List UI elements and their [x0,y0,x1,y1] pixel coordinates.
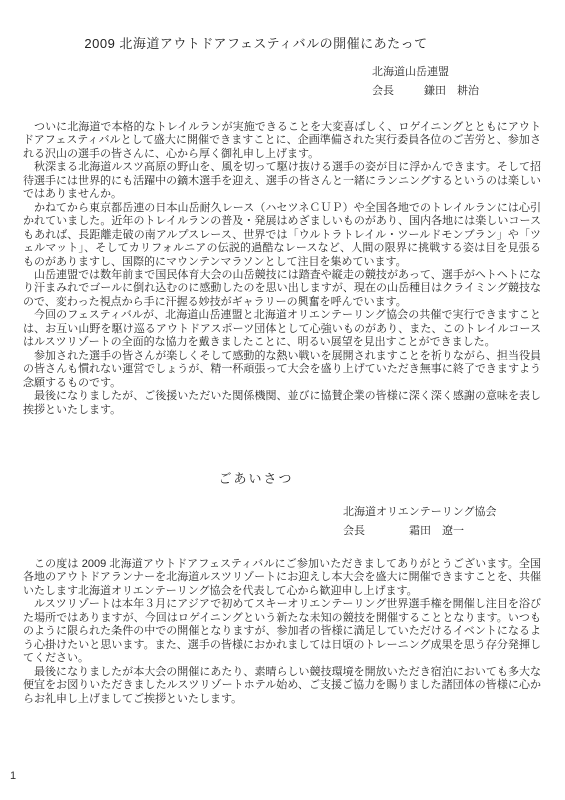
letter1-signature: 北海道山岳連盟 会長鎌田 耕治 [372,63,565,101]
letter1-paragraph-3: かねてから東京都岳連の日本山岳耐久レース（ハセツネＣＵＰ）や全国各地でのトレイル… [23,202,541,269]
letter2-signature-line: 会長霜田 遼一 [343,522,565,541]
letter1-signature-line: 会長鎌田 耕治 [372,82,565,101]
letter1-signature-org: 北海道山岳連盟 [372,63,565,82]
page-number: 1 [10,770,16,782]
letter2-paragraph-3: 最後になりましたが本大会の開催にあたり、素晴らしい競技環境を開放いただき宿泊にお… [23,666,541,706]
letter2-paragraph-1: この度は 2009 北海道アウトドアフェスティバルにご参加いただきましてありがと… [23,558,541,598]
letter2-signature-role: 会長 [343,525,365,537]
letter1-signature-name: 鎌田 耕治 [424,85,479,97]
letter2-signature: 北海道オリエンテーリング協会 会長霜田 遼一 [343,503,565,541]
letter1-paragraph-5: 今回のフェスティバルが、北海道山岳連盟と北海道オリエンテーリング協会の共催で実行… [23,309,541,349]
letter1-paragraph-4: 山岳連盟では数年前まで国民体育大会の山岳競技には踏査や縦走の競技があって、選手が… [23,269,541,309]
letter1-title: 2009 北海道アウトドアフェスティバルの開催にあたって [0,0,512,52]
letter2-body: この度は 2009 北海道アウトドアフェスティバルにご参加いただきましてありがと… [23,558,541,706]
letter1-signature-role: 会長 [372,85,394,97]
letter1-title-row: 2009 北海道アウトドアフェスティバルの開催にあたって [0,0,512,52]
letter1-paragraph-7: 最後になりましたが、ご後援いただいた関係機関、並びに協賛企業の皆様に深く深く感謝… [23,390,541,417]
letter2-signature-name: 霜田 遼一 [409,525,464,537]
letter1-paragraph-2: 秋深まる北海道ルスツ高原の野山を、風を切って駆け抜ける選手の姿が目に浮かんできま… [23,161,541,201]
letter2-signature-org: 北海道オリエンテーリング協会 [343,503,565,522]
letter2-paragraph-2: ルスツリゾートは本年３月にアジアで初めてスキーオリエンテーリング世界選手権を開催… [23,598,541,665]
letter2-title-row: ごあいさつ [0,417,512,487]
letter1-paragraph-1: ついに北海道で本格的なトレイルランが実施できることを大変喜ばしく、ロゲイニングと… [23,121,541,161]
letter2-title: ごあいさつ [0,417,512,487]
letter1-body: ついに北海道で本格的なトレイルランが実施できることを大変喜ばしく、ロゲイニングと… [23,121,541,417]
document-page: 2009 北海道アウトドアフェスティバルの開催にあたって 北海道山岳連盟 会長鎌… [0,0,565,800]
letter1-paragraph-6: 参加された選手の皆さんが楽しくそして感動的な熱い戦いを展開されますことを祈りなが… [23,350,541,390]
